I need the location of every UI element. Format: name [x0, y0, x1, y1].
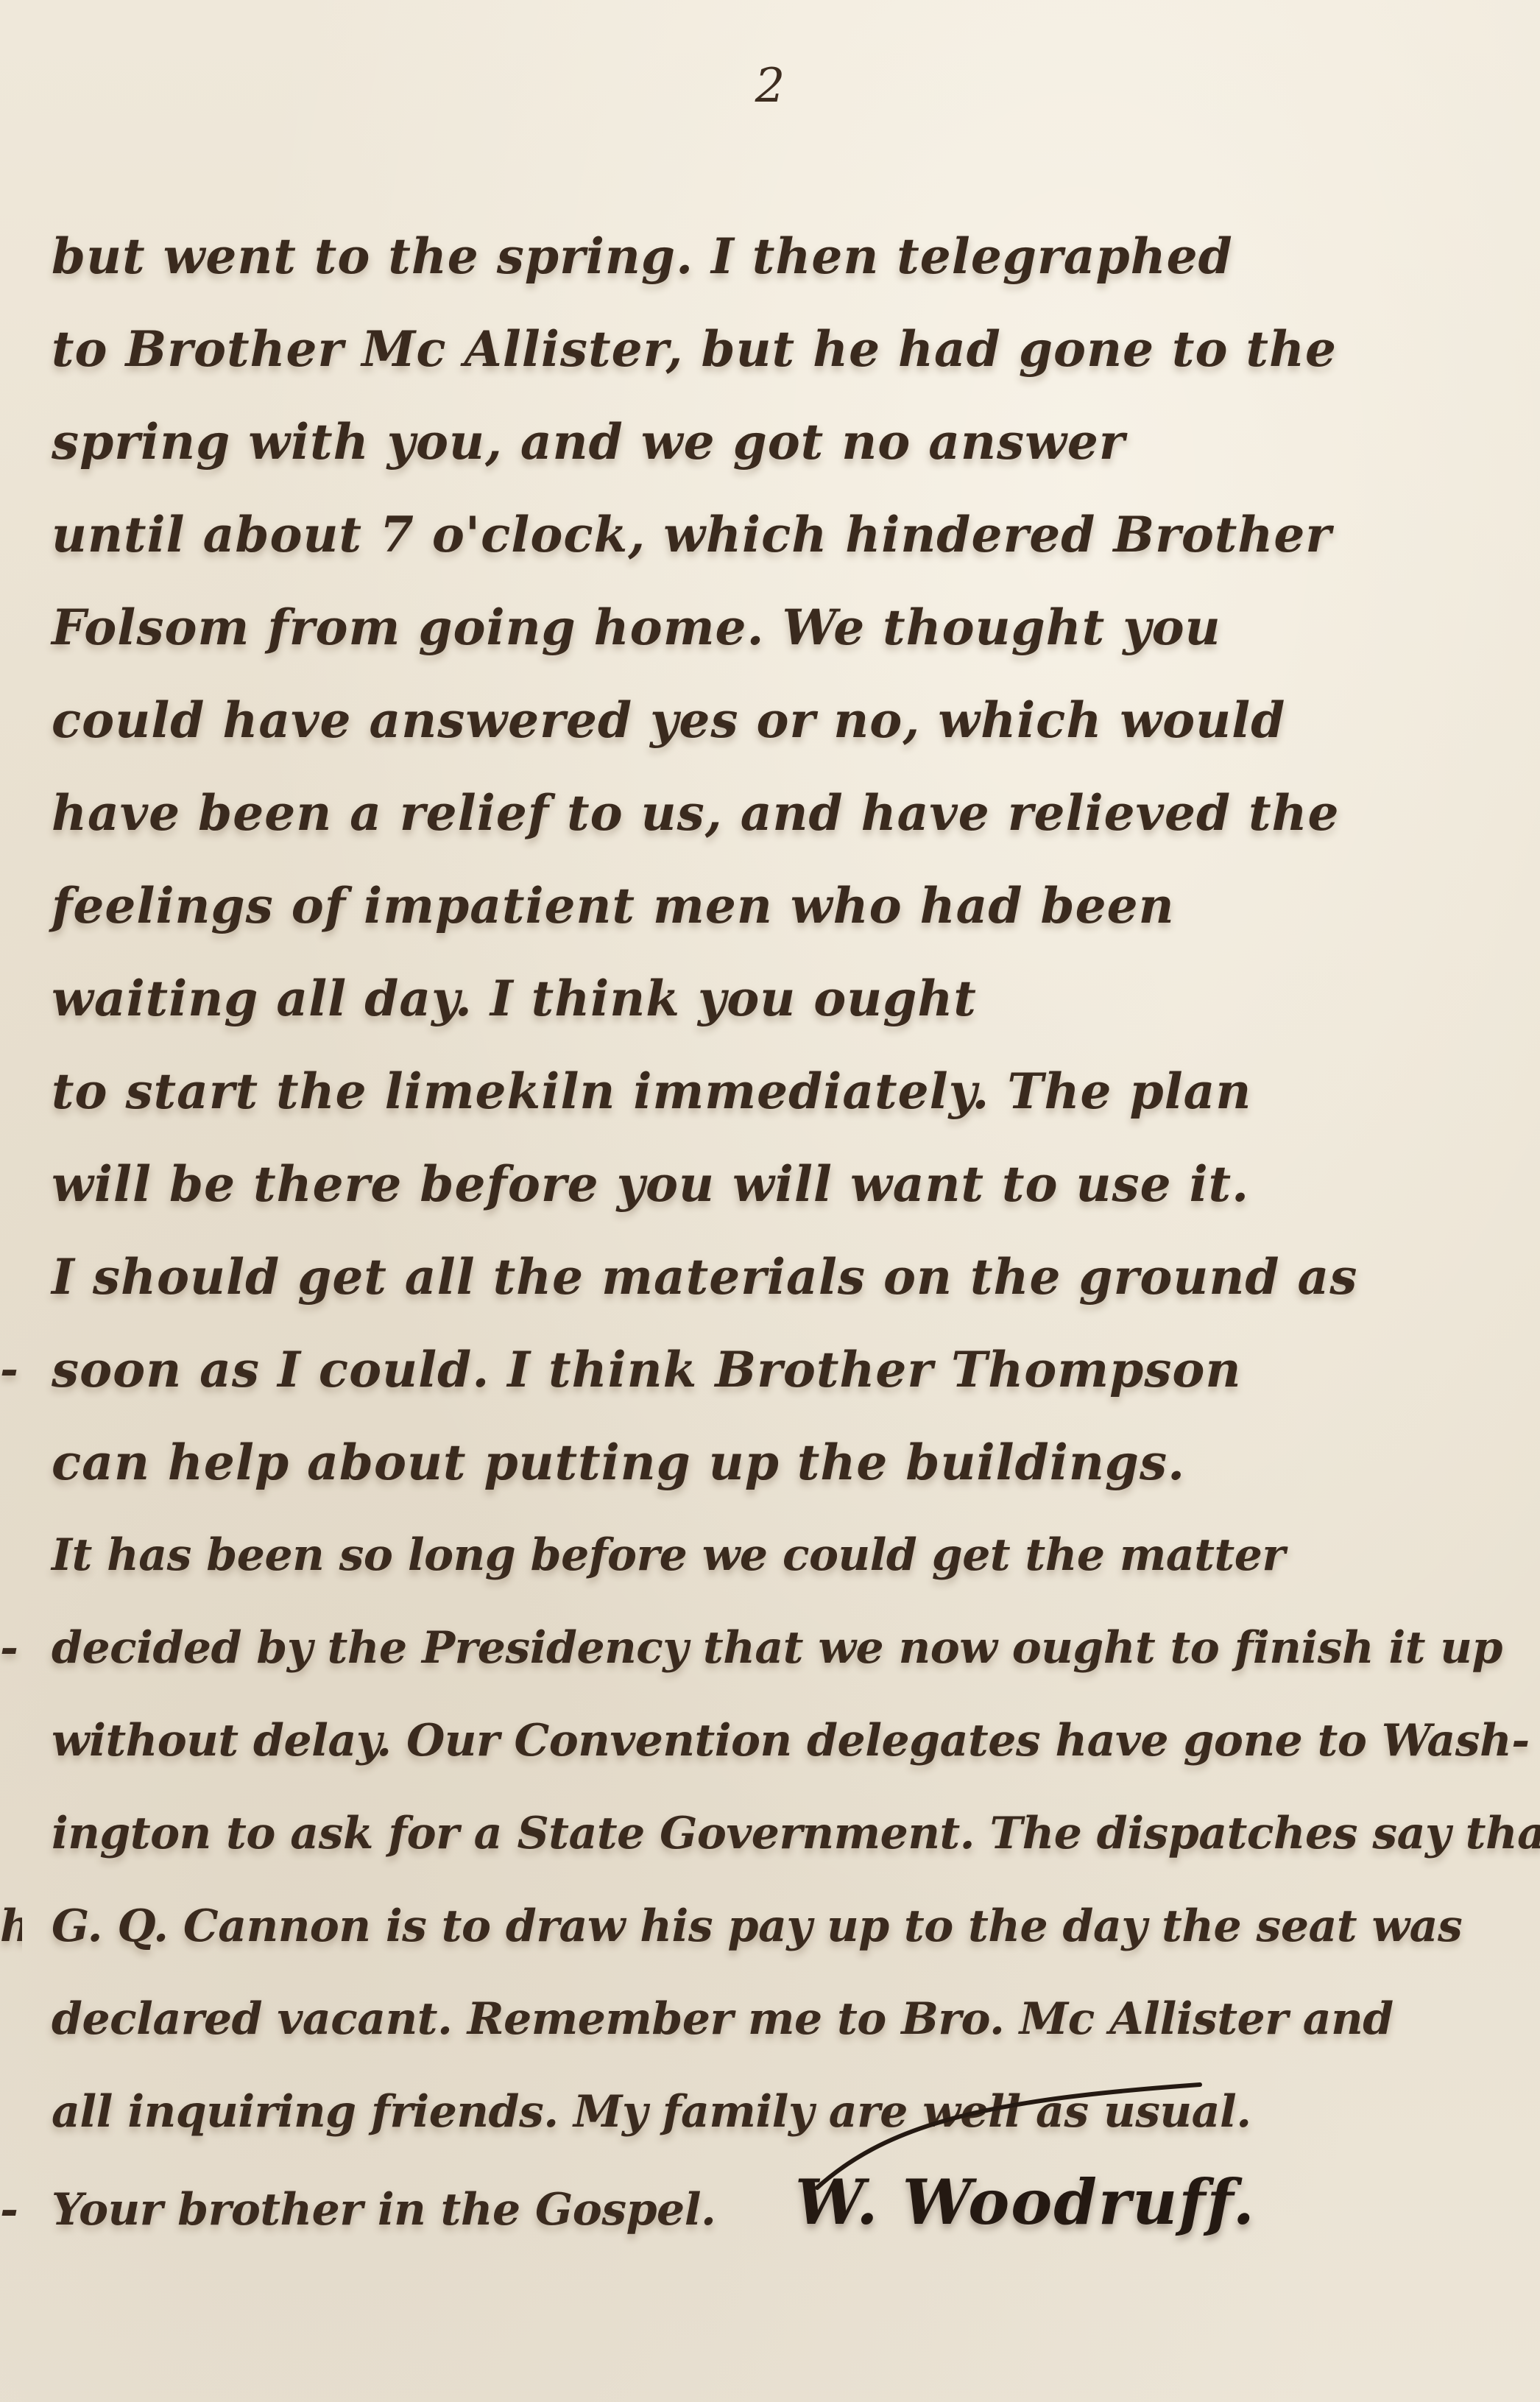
line-text: could have answered yes or no, which wou… [52, 674, 1285, 767]
line-text: will be there before you will want to us… [52, 1138, 1249, 1230]
line-text: without delay. Our Convention delegates … [52, 1694, 1530, 1787]
letter-line: will be there before you will want to us… [52, 1138, 1494, 1230]
letter-line: declared vacant. Remember me to Bro. Mc … [52, 1973, 1494, 2065]
line-text: to Brother Mc Allister, but he had gone … [52, 303, 1337, 395]
closing-text: Your brother in the Gospel. [52, 2184, 716, 2236]
letter-line: all inquiring friends. My family are wel… [52, 2065, 1494, 2158]
margin-fragment: h [0, 1880, 22, 1973]
letter-line: could have answered yes or no, which wou… [52, 674, 1494, 767]
letter-line: to start the limekiln immediately. The p… [52, 1045, 1494, 1138]
letter-line: have been a relief to us, and have relie… [52, 767, 1494, 859]
margin-fragment: - [0, 2158, 22, 2261]
letter-line: - decided by the Presidency that we now … [52, 1602, 1494, 1694]
line-text: can help about putting up the buildings. [52, 1416, 1185, 1509]
letter-line: can help about putting up the buildings. [52, 1416, 1494, 1509]
line-text: declared vacant. Remember me to Bro. Mc … [52, 1973, 1394, 2065]
line-text: I should get all the materials on the gr… [52, 1230, 1357, 1323]
letter-line: without delay. Our Convention delegates … [52, 1694, 1494, 1787]
letter-line: to Brother Mc Allister, but he had gone … [52, 303, 1494, 395]
letter-line: - soon as I could. I think Brother Thomp… [52, 1323, 1494, 1416]
line-text: until about 7 o'clock, which hindered Br… [52, 488, 1332, 581]
line-text: soon as I could. I think Brother Thompso… [52, 1323, 1241, 1416]
letter-line: feelings of impatient men who had been [52, 859, 1494, 952]
line-text: G. Q. Cannon is to draw his pay up to th… [52, 1880, 1462, 1973]
letter-line: h G. Q. Cannon is to draw his pay up to … [52, 1880, 1494, 1973]
letter-line: Folsom from going home. We thought you [52, 581, 1494, 674]
margin-fragment: - [0, 1602, 22, 1694]
line-text: waiting all day. I think you ought [52, 952, 977, 1045]
letter-line: It has been so long before we could get … [52, 1509, 1494, 1602]
signature-line: - Your brother in the Gospel. W. Woodruf… [52, 2158, 1494, 2261]
letter-line: waiting all day. I think you ought [52, 952, 1494, 1045]
line-text: to start the limekiln immediately. The p… [52, 1045, 1251, 1138]
line-text: all inquiring friends. My family are wel… [52, 2065, 1251, 2158]
line-text: decided by the Presidency that we now ou… [52, 1602, 1502, 1694]
line-text: Folsom from going home. We thought you [52, 581, 1221, 674]
signature: W. Woodruff. [795, 2151, 1256, 2254]
line-text: but went to the spring. I then telegraph… [52, 210, 1233, 303]
letter-line: I should get all the materials on the gr… [52, 1230, 1494, 1323]
line-text: spring with you, and we got no answer [52, 395, 1126, 488]
letter-line: until about 7 o'clock, which hindered Br… [52, 488, 1494, 581]
letter-line: spring with you, and we got no answer [52, 395, 1494, 488]
letter-page: 2 but went to the spring. I then telegra… [0, 0, 1540, 2402]
line-text: It has been so long before we could get … [52, 1509, 1285, 1602]
line-text: ington to ask for a State Government. Th… [52, 1787, 1540, 1880]
letter-line: ington to ask for a State Government. Th… [52, 1787, 1494, 1880]
letter-body: but went to the spring. I then telegraph… [52, 210, 1494, 2261]
line-text: feelings of impatient men who had been [52, 859, 1175, 952]
letter-line: but went to the spring. I then telegraph… [52, 210, 1494, 303]
line-text: have been a relief to us, and have relie… [52, 767, 1340, 859]
page-number: 2 [0, 59, 1540, 113]
margin-fragment: - [0, 1323, 22, 1416]
